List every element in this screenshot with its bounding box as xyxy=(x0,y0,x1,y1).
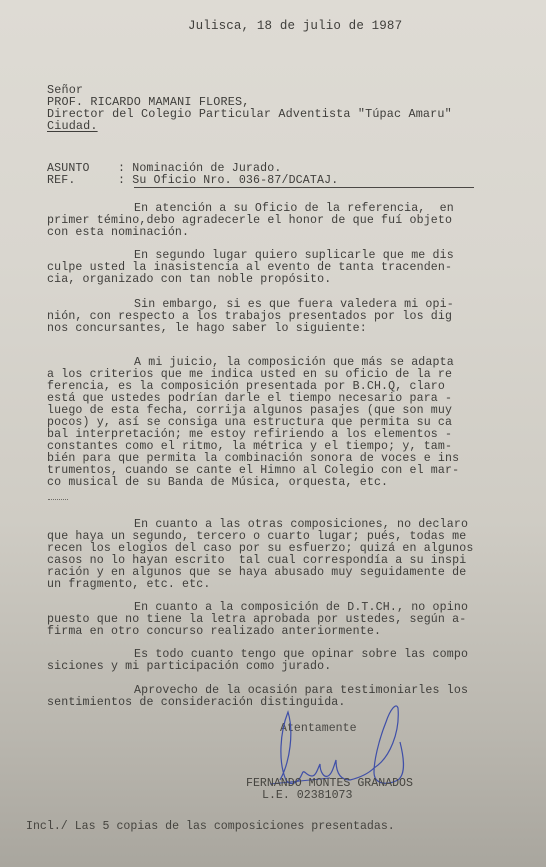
ref-label: REF. xyxy=(47,175,75,187)
paragraph-3-line: nos concursantes, le hago saber lo sigui… xyxy=(47,323,367,335)
paragraph-1-line: con esta nominación. xyxy=(47,227,189,239)
recipient-title: Director del Colegio Particular Adventis… xyxy=(47,108,452,120)
letter-page: Julisca, 18 de julio de 1987 Señor PROF.… xyxy=(0,0,546,867)
typed-mark xyxy=(48,499,68,501)
ref-underline xyxy=(134,187,474,188)
paragraph-7-line: siciones y mi participación como jurado. xyxy=(47,661,331,673)
signer-id: L.E. 02381073 xyxy=(262,789,352,802)
ref-value: : Su Oficio Nro. 036-87/DCATAJ. xyxy=(118,175,338,187)
enclosure-note: Incl./ Las 5 copias de las composiciones… xyxy=(26,820,395,833)
paragraph-5-line: un fragmento, etc. etc. xyxy=(47,579,210,591)
recipient-city: Ciudad. xyxy=(47,120,98,132)
paragraph-2-line: cia, organizado con tan noble propósito. xyxy=(47,274,331,286)
paragraph-6-line: firma en otro concurso realizado anterio… xyxy=(47,626,381,638)
date-line: Julisca, 18 de julio de 1987 xyxy=(188,20,402,32)
paragraph-4-line: co musical de su Banda de Música, orques… xyxy=(47,477,388,489)
